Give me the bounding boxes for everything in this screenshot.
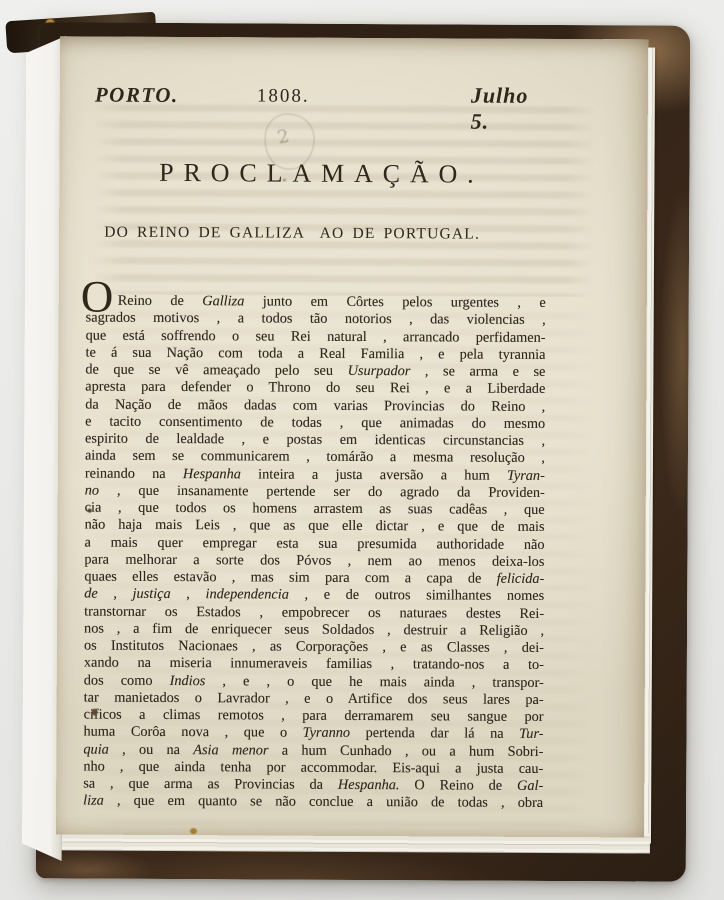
- foxing-spot: [190, 828, 197, 834]
- body-line: liza , que em quanto se não conclue a un…: [83, 793, 543, 813]
- stamp-digit: 2: [276, 126, 291, 149]
- photo-scene: PORTO. 1808. Julho 5. 2 PROCLAMAÇÃO. DO …: [0, 0, 724, 900]
- header-place: PORTO.: [95, 83, 179, 108]
- proclamation-title: PROCLAMAÇÃO.: [86, 158, 546, 190]
- document-page: PORTO. 1808. Julho 5. 2 PROCLAMAÇÃO. DO …: [56, 36, 648, 837]
- header-date: Julho 5.: [471, 83, 547, 135]
- foxing-spot: [92, 709, 98, 716]
- body-text: Reino de Galliza junto em Côrtes pelos u…: [83, 293, 546, 813]
- foxing-spot: [88, 509, 92, 513]
- book: PORTO. 1808. Julho 5. 2 PROCLAMAÇÃO. DO …: [0, 0, 724, 900]
- foxing-spot: [282, 179, 286, 182]
- header-year: 1808.: [257, 85, 310, 107]
- proclamation-subtitle: DO REINO DE GALLIZA AO DE PORTUGAL.: [62, 223, 522, 243]
- page-header: PORTO. 1808. Julho 5.: [87, 81, 547, 123]
- printed-content: PORTO. 1808. Julho 5. 2 PROCLAMAÇÃO. DO …: [83, 37, 547, 837]
